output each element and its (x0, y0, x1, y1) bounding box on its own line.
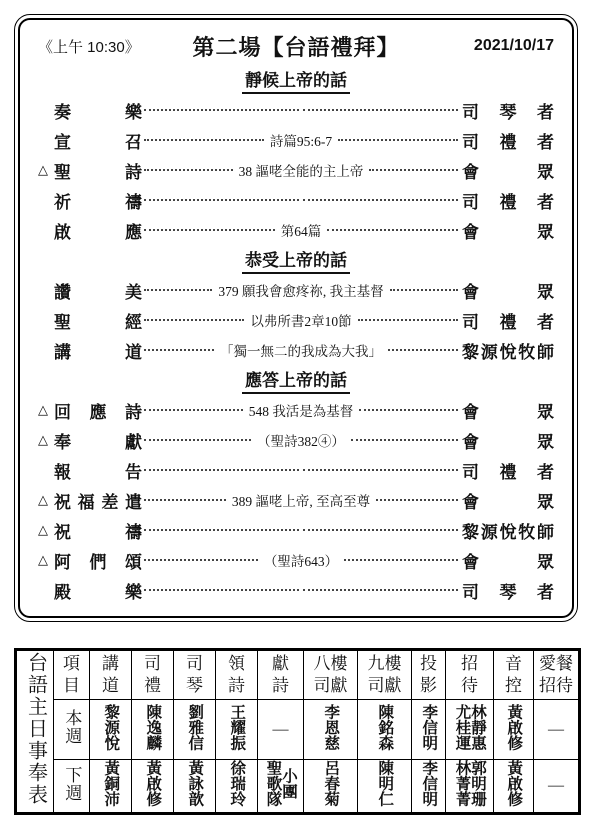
leader-dots (144, 589, 299, 591)
leader-dots (144, 349, 214, 351)
item-prefix: △ (38, 522, 54, 538)
roster-cell: 小團 聖歌隊 (258, 760, 304, 814)
program-row: 報告 司禮者 (38, 455, 554, 485)
item-performer: 黎源悅牧師 (462, 518, 554, 543)
page-title: 第二場【台語禮拜】 (156, 31, 436, 62)
leader-dots (144, 499, 226, 501)
program-header: 《上午 10:30》 第二場【台語禮拜】 2021/10/17 (38, 27, 554, 65)
roster-cell: 呂春菊 (304, 760, 358, 814)
item-label: 啟應 (54, 218, 142, 243)
item-label: 報告 (54, 458, 142, 483)
roster-col-offering-8f: 八樓 司獻 (304, 650, 358, 700)
item-label: 講道 (54, 338, 142, 363)
roster-col-presider: 司 禮 (132, 650, 174, 700)
leader-dots (338, 139, 458, 141)
service-time: 《上午 10:30》 (38, 36, 156, 57)
leader-dots (144, 559, 258, 561)
item-detail: 以弗所書2章10節 (246, 310, 355, 330)
leader-dots (327, 229, 458, 231)
item-performer: 司禮者 (462, 458, 554, 483)
leader-dots (303, 469, 458, 471)
roster-col-meal-ushers: 愛餐 招待 (534, 650, 580, 700)
roster-cell: 黃啟修 (494, 760, 534, 814)
leader-dots (144, 289, 212, 291)
program-box-inner: 《上午 10:30》 第二場【台語禮拜】 2021/10/17 靜候上帝的話 奏… (18, 18, 574, 618)
leader-dots (376, 499, 458, 501)
item-prefix: △ (38, 492, 54, 508)
item-label: 奏樂 (54, 98, 142, 123)
item-performer: 會眾 (462, 398, 554, 423)
leader-dots (358, 319, 458, 321)
roster-cell: 黃啟修 (494, 700, 534, 760)
item-detail: 548 我活是為基督 (245, 400, 358, 420)
item-prefix: △ (38, 552, 54, 568)
item-label: 宣召 (54, 128, 142, 153)
roster-side-title-cell: 台語主日事奉表 (16, 650, 54, 814)
program-row: △ 祝福差遣 389 謳咾上帝, 至高至尊 會眾 (38, 485, 554, 515)
item-prefix: △ (38, 162, 54, 178)
leader-dots (144, 109, 299, 111)
roster-cell: 黎源悅 (90, 700, 132, 760)
item-detail: （聖詩643） (260, 550, 342, 570)
leader-dots (144, 529, 299, 531)
leader-dots (144, 319, 244, 321)
program-row: △ 阿們頌 （聖詩643） 會眾 (38, 545, 554, 575)
roster-col-sermon: 講 道 (90, 650, 132, 700)
program-box: 《上午 10:30》 第二場【台語禮拜】 2021/10/17 靜候上帝的話 奏… (14, 14, 578, 622)
item-label: 奉獻 (54, 428, 142, 453)
leader-dots (144, 199, 299, 201)
program-row: 奏樂 司琴者 (38, 95, 554, 125)
roster-cell: 劉雅信 (174, 700, 216, 760)
roster-row-next-week: 下週 黃銅沛 黃啟修 黃詠歆 徐瑞玲 小團 聖歌隊 呂春菊 陳明仁 李信明 郭明… (16, 760, 580, 814)
roster-cell: 陳逸麟 (132, 700, 174, 760)
roster-col-item: 項 目 (54, 650, 90, 700)
item-performer: 司禮者 (462, 128, 554, 153)
roster-cell: 林靜惠 尤桂運 (446, 700, 494, 760)
program-row: 啟應 第64篇 會眾 (38, 215, 554, 245)
item-detail: 379 願我會愈疼祢, 我主基督 (214, 280, 387, 300)
leader-dots (344, 559, 458, 561)
item-prefix: △ (38, 402, 54, 418)
item-label: 聖詩 (54, 158, 142, 183)
roster-cell: 黃詠歆 (174, 760, 216, 814)
leader-dots (388, 349, 458, 351)
program-row: 讚美 379 願我會愈疼祢, 我主基督 會眾 (38, 275, 554, 305)
leader-dots (303, 529, 458, 531)
roster-cell: 黃啟修 (132, 760, 174, 814)
leader-dots (390, 289, 458, 291)
leader-dots (144, 169, 233, 171)
program-row: 宣召 詩篇95:6-7 司禮者 (38, 125, 554, 155)
roster-header-row: 台語主日事奉表 項 目 講 道 司 禮 司 琴 領 詩 獻 詩 八樓 司獻 九樓… (16, 650, 580, 700)
roster-col-offering-9f: 九樓 司獻 (358, 650, 412, 700)
leader-dots (359, 409, 458, 411)
roster-col-song-leader: 領 詩 (216, 650, 258, 700)
item-performer: 司琴者 (462, 578, 554, 603)
item-label: 祝福差遣 (54, 488, 142, 513)
duty-roster-table: 台語主日事奉表 項 目 講 道 司 禮 司 琴 領 詩 獻 詩 八樓 司獻 九樓… (14, 648, 581, 815)
roster-side-title: 台語主日事奉表 (25, 652, 46, 806)
section-heading: 靜候上帝的話 (38, 65, 554, 95)
roster-cell: 李信明 (412, 700, 446, 760)
roster-cell: 徐瑞玲 (216, 760, 258, 814)
item-detail: （聖詩382④） (253, 430, 349, 450)
roster-cell: 陳明仁 (358, 760, 412, 814)
section-heading: 應答上帝的話 (38, 365, 554, 395)
service-date: 2021/10/17 (436, 37, 554, 55)
item-detail: 第64篇 (277, 220, 326, 240)
item-label: 阿們頌 (54, 548, 142, 573)
item-label: 聖經 (54, 308, 142, 333)
item-performer: 會眾 (462, 158, 554, 183)
leader-dots (144, 469, 299, 471)
program-row: 聖經 以弗所書2章10節 司禮者 (38, 305, 554, 335)
item-label: 祝禱 (54, 518, 142, 543)
item-detail: 詩篇95:6-7 (266, 130, 336, 150)
item-performer: 司禮者 (462, 188, 554, 213)
leader-dots (303, 109, 458, 111)
roster-col-anthem: 獻 詩 (258, 650, 304, 700)
item-detail: 38 謳咾全能的主上帝 (235, 160, 368, 180)
leader-dots (144, 229, 275, 231)
roster-col-ushers: 招 待 (446, 650, 494, 700)
item-performer: 會眾 (462, 428, 554, 453)
bulletin-sheet: 《上午 10:30》 第二場【台語禮拜】 2021/10/17 靜候上帝的話 奏… (0, 0, 592, 818)
program-row: △ 奉獻 （聖詩382④） 會眾 (38, 425, 554, 455)
program-row: △ 回應詩 548 我活是為基督 會眾 (38, 395, 554, 425)
item-prefix: △ (38, 432, 54, 448)
leader-dots (303, 589, 458, 591)
roster-period: 本週 (54, 700, 90, 760)
roster-cell: — (258, 700, 304, 760)
item-label: 讚美 (54, 278, 142, 303)
roster-col-pianist: 司 琴 (174, 650, 216, 700)
roster-cell: 黃銅沛 (90, 760, 132, 814)
item-performer: 會眾 (462, 548, 554, 573)
program-row: △ 聖詩 38 謳咾全能的主上帝 會眾 (38, 155, 554, 185)
item-performer: 會眾 (462, 488, 554, 513)
roster-col-audio: 音 控 (494, 650, 534, 700)
program-row: 祈禱 司禮者 (38, 185, 554, 215)
leader-dots (144, 439, 251, 441)
leader-dots (351, 439, 458, 441)
roster-cell: 陳銘森 (358, 700, 412, 760)
program-row: △ 祝禱 黎源悅牧師 (38, 515, 554, 545)
roster-cell: 郭明珊 林菁菁 (446, 760, 494, 814)
item-performer: 會眾 (462, 218, 554, 243)
section-heading: 恭受上帝的話 (38, 245, 554, 275)
item-detail: 「獨一無二的我成為大我」 (216, 340, 386, 360)
item-label: 殿樂 (54, 578, 142, 603)
program-row: 講道 「獨一無二的我成為大我」 黎源悅牧師 (38, 335, 554, 365)
item-performer: 會眾 (462, 278, 554, 303)
leader-dots (144, 139, 264, 141)
leader-dots (144, 409, 243, 411)
leader-dots (369, 169, 458, 171)
item-detail: 389 謳咾上帝, 至高至尊 (228, 490, 374, 510)
roster-cell: 李恩慈 (304, 700, 358, 760)
item-performer: 司禮者 (462, 308, 554, 333)
roster-col-projection: 投 影 (412, 650, 446, 700)
roster-cell: — (534, 700, 580, 760)
leader-dots (303, 199, 458, 201)
item-label: 祈禱 (54, 188, 142, 213)
roster-period: 下週 (54, 760, 90, 814)
roster-cell: 李信明 (412, 760, 446, 814)
roster-cell: — (534, 760, 580, 814)
roster-cell: 王耀振 (216, 700, 258, 760)
item-performer: 司琴者 (462, 98, 554, 123)
item-performer: 黎源悅牧師 (462, 338, 554, 363)
item-label: 回應詩 (54, 398, 142, 423)
roster-row-this-week: 本週 黎源悅 陳逸麟 劉雅信 王耀振 — 李恩慈 陳銘森 李信明 林靜惠 尤桂運… (16, 700, 580, 760)
program-row: 殿樂 司琴者 (38, 575, 554, 605)
